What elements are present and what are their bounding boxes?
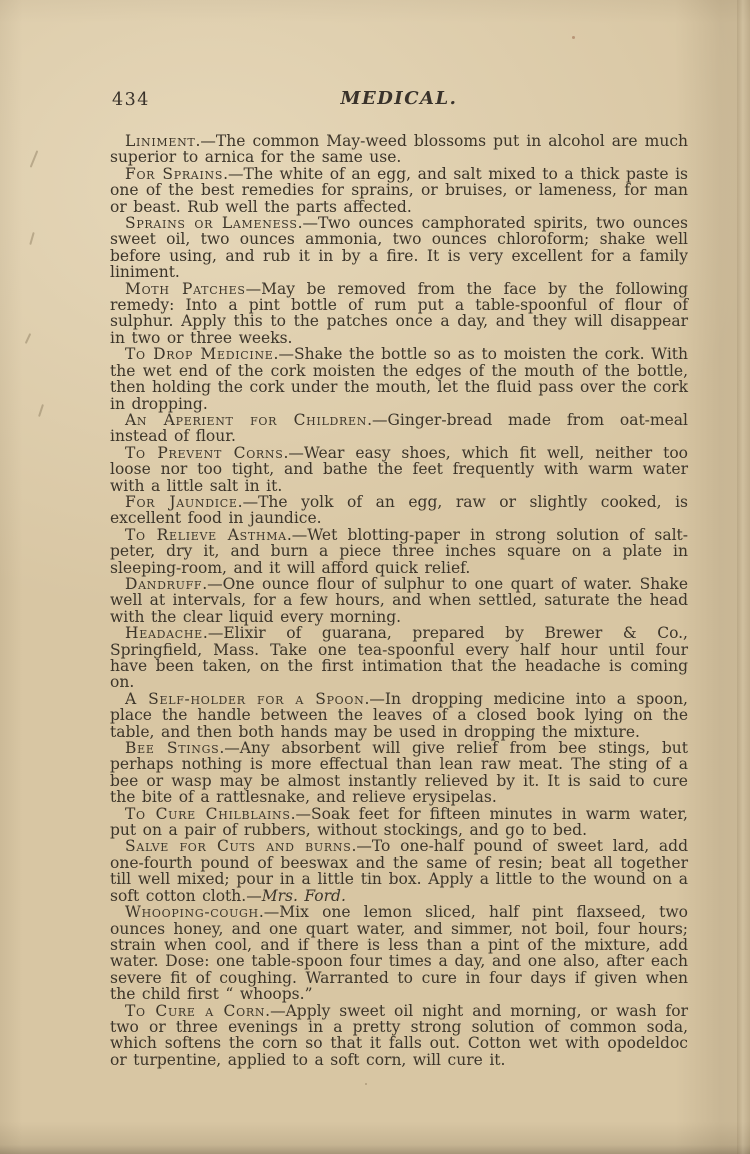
scratch-mark xyxy=(25,333,31,344)
remedy-heading: Whooping-cough xyxy=(125,903,259,921)
remedy-heading: To Prevent Corns xyxy=(125,444,283,462)
separator-dash: .— xyxy=(283,444,303,462)
separator-dash: .— xyxy=(202,575,222,593)
remedy-paragraph: To Drop Medicine.—Shake the bottle so as… xyxy=(110,346,688,412)
separator-dash: .— xyxy=(203,624,223,642)
remedy-heading: Moth Patches xyxy=(125,280,246,298)
remedy-heading: For Sprains xyxy=(125,165,223,183)
remedy-heading: An Aperient for Children xyxy=(125,411,367,429)
book-page-scan: 434 MEDICAL. Liniment.—The common May-we… xyxy=(0,0,750,1154)
remedy-paragraph: A Self-holder for a Spoon.—In dropping m… xyxy=(110,691,688,740)
separator-dash: — xyxy=(246,280,262,298)
page-header: 434 MEDICAL. xyxy=(110,88,688,114)
separator-dash: .— xyxy=(367,411,387,429)
remedy-heading: To Drop Medicine xyxy=(125,345,274,363)
separator-dash: .— xyxy=(223,165,243,183)
separator-dash: .— xyxy=(259,903,279,921)
scratch-mark xyxy=(30,150,39,167)
remedy-paragraph: Headache.—Elixir of guarana, prepared by… xyxy=(110,625,688,691)
remedy-paragraph: Whooping-cough.—Mix one lemon sliced, ha… xyxy=(110,904,688,1002)
remedy-paragraph: For Sprains.—The white of an egg, and sa… xyxy=(110,166,688,215)
remedy-paragraph: Liniment.—The common May-weed blossoms p… xyxy=(110,133,688,166)
remedy-paragraph: Moth Patches—May be removed from the fac… xyxy=(110,281,688,347)
remedy-paragraph: To Prevent Corns.—Wear easy shoes, which… xyxy=(110,445,688,494)
remedy-heading: A Self-holder for a Spoon xyxy=(125,690,364,708)
page-edge-fold xyxy=(737,0,750,1154)
remedy-heading: To Relieve Asthma xyxy=(125,526,287,544)
remedy-heading: Headache xyxy=(125,624,203,642)
separator-dash: .— xyxy=(291,805,311,823)
remedy-paragraph: Salve for Cuts and burns.—To one-half po… xyxy=(110,838,688,904)
running-title: MEDICAL. xyxy=(110,88,688,109)
remedy-paragraph: To Relieve Asthma.—Wet blotting-paper in… xyxy=(110,527,688,576)
remedy-heading: Liniment xyxy=(125,132,195,150)
remedy-paragraph: Sprains or Lameness.—Two ounces camphora… xyxy=(110,215,688,281)
scratch-mark xyxy=(29,232,35,245)
separator-dash: .— xyxy=(351,837,371,855)
separator-dash: .— xyxy=(287,526,307,544)
separator-dash: .— xyxy=(219,739,239,757)
text-block: Liniment.—The common May-weed blossoms p… xyxy=(110,133,688,1068)
remedy-paragraph: Dandruff.—One ounce flour of sulphur to … xyxy=(110,576,688,625)
paper-speck xyxy=(572,36,575,39)
paper-speck xyxy=(365,1083,367,1085)
remedy-paragraph: To Cure Chilblains.—Soak feet for fiftee… xyxy=(110,806,688,839)
separator-dash: .— xyxy=(265,1002,285,1020)
separator-dash: .— xyxy=(298,214,318,232)
attribution-italic: Mrs. Ford. xyxy=(262,887,346,905)
remedy-heading: Sprains or Lameness xyxy=(125,214,298,232)
separator-dash: .— xyxy=(274,345,294,363)
remedy-heading: Salve for Cuts and burns xyxy=(125,837,351,855)
remedy-paragraph: An Aperient for Children.—Ginger-bread m… xyxy=(110,412,688,445)
separator-dash: .— xyxy=(238,493,258,511)
remedy-heading: To Cure Chilblains xyxy=(125,805,291,823)
separator-dash: .— xyxy=(195,132,215,150)
separator-dash: .— xyxy=(364,690,384,708)
remedy-heading: Dandruff xyxy=(125,575,202,593)
remedy-paragraph: Bee Stings.—Any absorbent will give reli… xyxy=(110,740,688,806)
remedy-heading: To Cure a Corn xyxy=(125,1002,265,1020)
remedy-heading: Bee Stings xyxy=(125,739,219,757)
remedy-heading: For Jaundice xyxy=(125,493,238,511)
scratch-mark xyxy=(38,404,44,417)
remedy-paragraph: To Cure a Corn.—Apply sweet oil night an… xyxy=(110,1003,688,1069)
remedy-paragraph: For Jaundice.—The yolk of an egg, raw or… xyxy=(110,494,688,527)
